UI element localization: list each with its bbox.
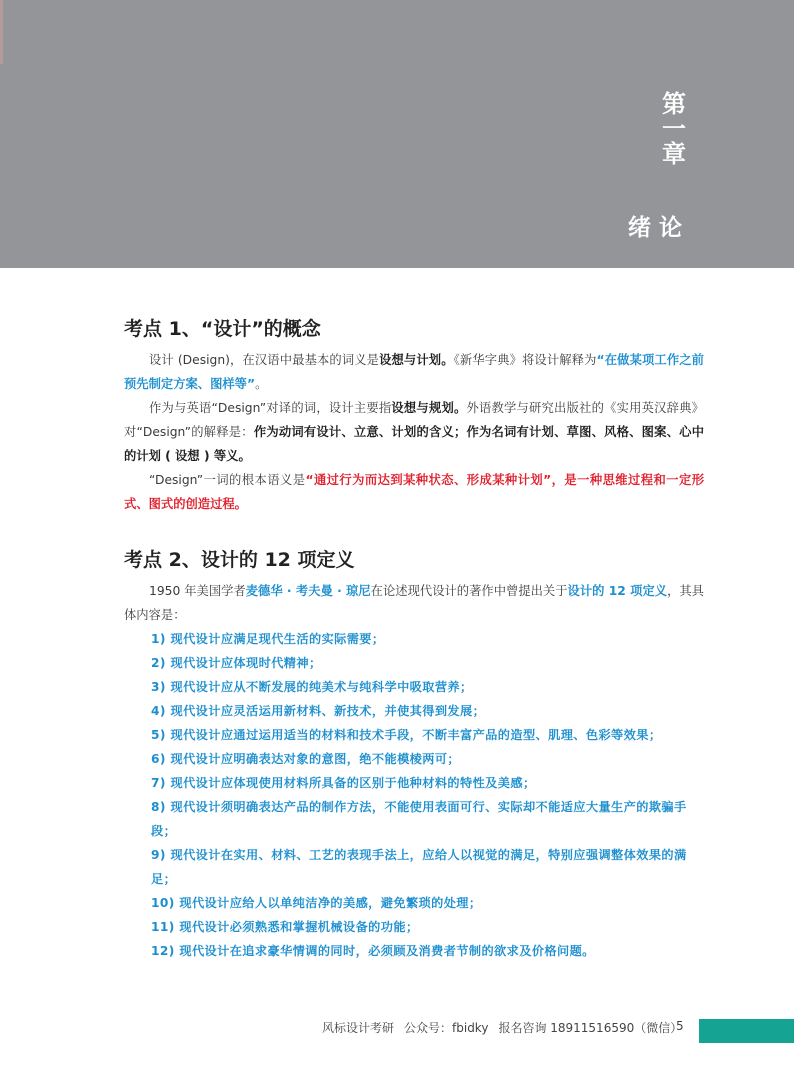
text: “Design”一词的根本语义是 [149,473,305,487]
text: 设计 (Design)，在汉语中最基本的词义是 [149,353,379,367]
chapter-header-band: 第 一 章 绪论 [0,0,794,268]
chapter-char: 第 [659,92,689,117]
bold-text: 设想与规划。 [391,401,466,415]
list-item: 5) 现代设计应通过运用适当的材料和技术手段，不断丰富产品的造型、肌理、色彩等效… [151,723,704,747]
text: 1950 年美国学者 [149,584,246,598]
section-heading-12-definitions: 考点 2、设计的 12 项定义 [124,543,704,577]
paragraph-root-meaning: “Design”一词的根本语义是“通过行为而达到某种状态、形成某种计划”，是一种… [124,468,704,516]
list-item: 8) 现代设计须明确表达产品的制作方法，不能使用表面可行、实际却不能适应大量生产… [151,795,704,843]
chapter-number: 第 一 章 [659,92,689,167]
text: 。 [255,377,267,391]
footer-wechat: 公众号：fbidky [404,1021,488,1035]
bold-text: 设想与计划。 [379,353,454,367]
footer-contact: 报名咨询 18911516590（微信） [498,1021,682,1035]
list-item: 7) 现代设计应体现使用材料所具备的区别于他种材料的特性及美感； [151,771,704,795]
page-number: 5 [676,1019,684,1033]
list-item: 11) 现代设计必须熟悉和掌握机械设备的功能； [151,915,704,939]
paragraph-intro: 1950 年美国学者麦德华 · 考夫曼 · 琼尼在论述现代设计的著作中曾提出关于… [124,579,704,627]
paragraph-english-design: 作为与英语“Design”对译的词，设计主要指设想与规划。外语教学与研究出版社的… [124,396,704,468]
chapter-char: 章 [659,142,689,167]
footer-info: 风标设计考研公众号：fbidky报名咨询 18911516590（微信） [322,1019,682,1036]
text: 作为与英语“Design”对译的词，设计主要指 [149,401,391,415]
list-item: 1) 现代设计应满足现代生活的实际需要； [151,627,704,651]
page-content: 考点 1、“设计”的概念 设计 (Design)，在汉语中最基本的词义是设想与计… [124,312,704,963]
section-heading-concept: 考点 1、“设计”的概念 [124,312,704,346]
list-item: 10) 现代设计应给人以单纯洁净的美感，避免繁琐的处理； [151,891,704,915]
list-item: 2) 现代设计应体现时代精神； [151,651,704,675]
list-item: 3) 现代设计应从不断发展的纯美术与纯科学中吸取营养； [151,675,704,699]
list-item: 9) 现代设计在实用、材料、工艺的表现手法上，应给人以视觉的满足，特别应强调整体… [151,843,704,891]
highlight-blue: 麦德华 · 考夫曼 · 琼尼 [246,584,371,598]
text: 《新华字典》将设计解释为 [454,353,597,367]
chapter-title: 绪论 [628,209,690,242]
chapter-char: 一 [659,117,689,142]
definitions-list: 1) 现代设计应满足现代生活的实际需要； 2) 现代设计应体现时代精神； 3) … [151,627,704,963]
list-item: 12) 现代设计在追求豪华情调的同时，必须顾及消费者节制的欲求及价格问题。 [151,939,704,963]
list-item: 6) 现代设计应明确表达对象的意图，绝不能模棱两可； [151,747,704,771]
header-edge-strip [0,0,3,64]
highlight-blue: 设计的 12 项定义 [568,584,668,598]
text: 在论述现代设计的著作中曾提出关于 [371,584,568,598]
list-item: 4) 现代设计应灵活运用新材料、新技术，并使其得到发展； [151,699,704,723]
paragraph-definition: 设计 (Design)，在汉语中最基本的词义是设想与计划。《新华字典》将设计解释… [124,348,704,396]
footer-brand: 风标设计考研 [322,1021,394,1035]
footer-accent-bar [699,1019,794,1043]
